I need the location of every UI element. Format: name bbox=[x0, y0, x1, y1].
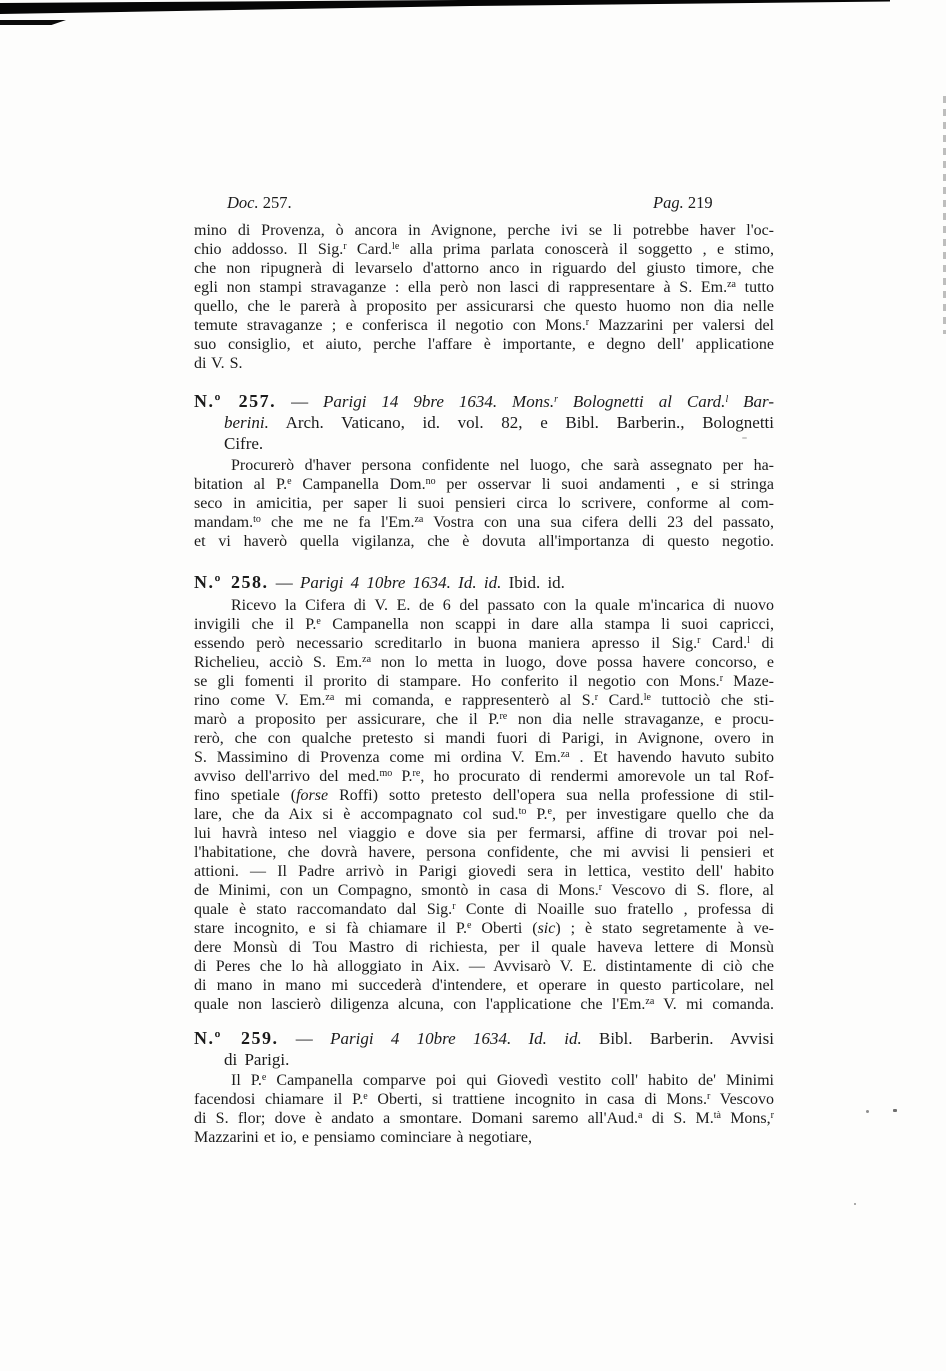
doc-257-heading: N.º 257. — Parigi 14 9bre 1634. Mons.r B… bbox=[194, 391, 774, 454]
running-header: Doc. 257. Pag. 219 bbox=[194, 193, 774, 212]
text-segment: che me ne fa l'Em. bbox=[261, 514, 415, 531]
text-segment: di Peres che lo hà alloggiato in Aix. — … bbox=[194, 958, 774, 975]
text-segment: no bbox=[426, 476, 436, 487]
text-line: stare incognito, e si fà chiamare il P.e… bbox=[194, 919, 774, 938]
text-segment: fino spetiale ( bbox=[194, 787, 296, 804]
text-segment: che non ripugnerà di levarselo d'attorno… bbox=[194, 260, 774, 277]
text-segment: — bbox=[276, 392, 323, 411]
text-segment: temute stravaganze ; e conferisca il neg… bbox=[194, 317, 586, 334]
continuation-paragraph: mino di Provenza, ò ancora in Avignone, … bbox=[194, 221, 774, 373]
text-blocks: mino di Provenza, ò ancora in Avignone, … bbox=[194, 221, 774, 1147]
text-segment: alla prima parlata conoscerà il soggetto… bbox=[399, 241, 774, 258]
text-segment: Conte di Noaille suo fratello , professa… bbox=[456, 901, 774, 918]
text-segment: di S. M. bbox=[642, 1110, 713, 1127]
text-segment: di bbox=[750, 635, 774, 652]
text-line: temute stravaganze ; e conferisca il neg… bbox=[194, 316, 774, 335]
text-segment: lare, che da Aix si è accompagnato col s… bbox=[194, 806, 519, 823]
text-segment: de Minimi, con un Compagno, smontò in ca… bbox=[194, 882, 599, 899]
text-segment: S. Massimino di Provenza come mi ordina … bbox=[194, 749, 561, 766]
text-line: suo consiglio, et aiuto, perche l'affare… bbox=[194, 335, 774, 354]
text-line: Il P.e Campanella comparve poi qui Giove… bbox=[194, 1071, 774, 1090]
text-segment: ) ; è stato segretamente à ve- bbox=[555, 920, 774, 937]
text-segment: r bbox=[697, 635, 700, 646]
text-segment: marò a proposito per assicurare, che il … bbox=[194, 711, 499, 728]
text-segment: za bbox=[561, 749, 570, 760]
text-segment: Ibid. id. bbox=[501, 573, 565, 592]
doc-258-heading: N.º 258. — Parigi 4 10bre 1634. Id. id. … bbox=[194, 572, 774, 593]
text-segment: Card. bbox=[598, 692, 644, 709]
text-segment: re bbox=[499, 711, 507, 722]
doc-257-paragraph: Procurerò d'haver persona confidente nel… bbox=[194, 456, 774, 551]
text-segment: r bbox=[452, 901, 455, 912]
text-segment: le bbox=[644, 692, 651, 703]
doc-258-paragraph: Ricevo la Cifera di V. E. de 6 del passa… bbox=[194, 596, 774, 1014]
text-segment: r bbox=[771, 1110, 774, 1121]
text-line: berini. Arch. Vaticano, id. vol. 82, e B… bbox=[194, 412, 774, 433]
scan-speck bbox=[893, 1109, 897, 1112]
text-segment: r bbox=[595, 692, 598, 703]
text-segment: za bbox=[645, 996, 654, 1007]
text-segment: Campanella comparve poi qui Giovedì vest… bbox=[266, 1072, 774, 1089]
doc-label: Doc. bbox=[227, 193, 259, 212]
text-segment: essendo però necessario screditarlo in b… bbox=[194, 635, 697, 652]
text-segment: tutto bbox=[736, 279, 774, 296]
text-segment: Bar- bbox=[728, 392, 774, 411]
text-segment: Parigi 4 10bre 1634. Id. id. bbox=[300, 573, 501, 592]
text-segment: , per investigare quello che da bbox=[552, 806, 774, 823]
text-line: invigili che il P.e Campanella non scapp… bbox=[194, 615, 774, 634]
text-segment: r bbox=[707, 1091, 710, 1102]
text-segment: Procurerò d'haver persona confidente nel… bbox=[231, 457, 774, 474]
text-segment: egli non stampi stravaganze : ella però … bbox=[194, 279, 727, 296]
text-segment: mino di Provenza, ò ancora in Avignone, … bbox=[194, 222, 774, 239]
text-segment: suo consiglio, et aiuto, perche l'affare… bbox=[194, 336, 774, 353]
text-segment: Maze- bbox=[723, 673, 774, 690]
text-segment: za bbox=[414, 514, 423, 525]
text-segment: di mano in mano mi succederà d'intendere… bbox=[194, 977, 774, 994]
text-segment: r bbox=[720, 673, 723, 684]
text-segment: , ho procurato di rendermi amorevole un … bbox=[420, 768, 774, 785]
text-segment: l bbox=[747, 635, 750, 646]
text-segment: Vostra con una sua cifera delli 23 del p… bbox=[423, 514, 774, 531]
doc-259-heading: N.º 259. — Parigi 4 10bre 1634. Id. id. … bbox=[194, 1028, 774, 1070]
text-segment: r bbox=[554, 394, 558, 405]
text-segment: — bbox=[268, 573, 300, 592]
text-line: fino spetiale (forse Roffi) sotto pretes… bbox=[194, 786, 774, 805]
text-segment: rino come V. Em. bbox=[194, 692, 325, 709]
text-segment: di S. flor; dove è andato a smontare. Do… bbox=[194, 1110, 638, 1127]
scan-speck bbox=[854, 1203, 856, 1205]
text-line: attioni. — Il Padre arrivò in Parigi gio… bbox=[194, 862, 774, 881]
text-segment: mi comanda, e rappresenterò al S. bbox=[334, 692, 594, 709]
text-segment: Mons, bbox=[721, 1110, 771, 1127]
text-line: facendosi chiamare il P.e Oberti, si tra… bbox=[194, 1090, 774, 1109]
text-segment: Campanella non scappi in dare alla stamp… bbox=[321, 616, 774, 633]
text-line: bitation al P.e Campanella Dom.no per os… bbox=[194, 475, 774, 494]
text-line: egli non stampi stravaganze : ella però … bbox=[194, 278, 774, 297]
text-segment: — bbox=[279, 1029, 331, 1048]
text-line: di V. S. bbox=[194, 354, 774, 373]
text-segment: quello, che le parerà à proposito per as… bbox=[194, 298, 774, 315]
text-line: dere Monsù di Tou Mastro di richiesta, p… bbox=[194, 938, 774, 957]
text-segment: Parigi 4 10bre 1634. Id. id. bbox=[330, 1029, 582, 1048]
text-line: Ricevo la Cifera di V. E. de 6 del passa… bbox=[194, 596, 774, 615]
text-segment: Vescovo bbox=[710, 1091, 774, 1108]
text-segment: per osservar li suoi andamenti , e si st… bbox=[436, 476, 774, 493]
text-segment: quale non lascierò diligenza alcuna, con… bbox=[194, 996, 645, 1013]
text-segment: Card. bbox=[700, 635, 747, 652]
text-segment: Il P. bbox=[231, 1072, 262, 1089]
scan-speck bbox=[866, 1110, 869, 1113]
scan-edge-artifact-notch bbox=[0, 20, 66, 25]
text-segment: se gli fomenti il prorito di stampare. H… bbox=[194, 673, 720, 690]
text-line: se gli fomenti il prorito di stampare. H… bbox=[194, 672, 774, 691]
text-segment: forse bbox=[296, 787, 328, 804]
text-line: Cifre. bbox=[194, 433, 774, 454]
text-segment: et vi haverò quella vigilanza, che è dov… bbox=[194, 533, 774, 550]
page-label: Pag. bbox=[653, 193, 684, 212]
text-segment: avviso dell'arrivo del med. bbox=[194, 768, 379, 785]
text-segment: e bbox=[262, 1072, 266, 1083]
text-line: quello, che le parerà à proposito per as… bbox=[194, 297, 774, 316]
text-segment: dere Monsù di Tou Mastro di richiesta, p… bbox=[194, 939, 774, 956]
text-segment: bitation al P. bbox=[194, 476, 287, 493]
text-segment: mo bbox=[379, 768, 392, 779]
text-line: marò a proposito per assicurare, che il … bbox=[194, 710, 774, 729]
text-segment: r bbox=[599, 882, 602, 893]
text-line: chio addosso. Il Sig.r Card.le alla prim… bbox=[194, 240, 774, 259]
text-line: di S. flor; dove è andato a smontare. Do… bbox=[194, 1109, 774, 1128]
text-line: N.º 257. — Parigi 14 9bre 1634. Mons.r B… bbox=[194, 391, 774, 412]
text-segment: quale è stato raccomandato dal Sig. bbox=[194, 901, 452, 918]
text-segment: chio addosso. Il Sig. bbox=[194, 241, 343, 258]
text-segment: to bbox=[519, 806, 527, 817]
text-segment: invigili che il P. bbox=[194, 616, 316, 633]
text-line: rerò, che con qualche pretesto si mandi … bbox=[194, 729, 774, 748]
text-segment: stare incognito, e si fà chiamare il P. bbox=[194, 920, 467, 937]
scan-edge-artifact-top bbox=[0, 0, 946, 16]
text-line: quale non lascierò diligenza alcuna, con… bbox=[194, 995, 774, 1014]
text-segment: Roffi) sotto pretesto dell'opera sua nel… bbox=[328, 787, 774, 804]
text-segment: Ricevo la Cifera di V. E. de 6 del passa… bbox=[231, 597, 774, 614]
text-line: avviso dell'arrivo del med.mo P.re, ho p… bbox=[194, 767, 774, 786]
text-segment: lui havrà inteso nel viaggio e dove sia … bbox=[194, 825, 774, 842]
text-segment: Parigi 14 9bre 1634. Mons. bbox=[323, 392, 554, 411]
text-segment: di V. S. bbox=[194, 355, 243, 372]
text-segment: berini. bbox=[224, 413, 269, 432]
text-segment: non lo metta in luogo, dove possa havere… bbox=[371, 654, 774, 671]
text-segment: N.º 259. bbox=[194, 1028, 279, 1048]
text-segment: Cifre. bbox=[224, 434, 263, 453]
text-line: lare, che da Aix si è accompagnato col s… bbox=[194, 805, 774, 824]
text-line: che non ripugnerà di levarselo d'attorno… bbox=[194, 259, 774, 278]
text-segment: r bbox=[343, 241, 346, 252]
text-segment: V. mi comanda. bbox=[654, 996, 774, 1013]
text-line: Richelieu, acciò S. Em.za non lo metta i… bbox=[194, 653, 774, 672]
text-segment: za bbox=[727, 279, 736, 290]
text-segment: a bbox=[638, 1110, 642, 1121]
text-line: et vi haverò quella vigilanza, che è dov… bbox=[194, 532, 774, 551]
text-segment: attioni. — Il Padre arrivò in Parigi gio… bbox=[194, 863, 774, 880]
text-line: Mazzarini et io, e pensiamo cominciare à… bbox=[194, 1128, 774, 1147]
page-number: 219 bbox=[684, 193, 713, 212]
doc-259-paragraph: Il P.e Campanella comparve poi qui Giove… bbox=[194, 1071, 774, 1147]
text-segment: sic bbox=[538, 920, 556, 937]
text-segment: tà bbox=[714, 1110, 721, 1121]
text-segment: Richelieu, acciò S. Em. bbox=[194, 654, 362, 671]
text-line: rino come V. Em.za mi comanda, e rappres… bbox=[194, 691, 774, 710]
text-segment: za bbox=[362, 654, 371, 665]
text-segment: Oberti ( bbox=[472, 920, 538, 937]
text-line: N.º 258. — Parigi 4 10bre 1634. Id. id. … bbox=[194, 572, 774, 593]
text-line: de Minimi, con un Compagno, smontò in ca… bbox=[194, 881, 774, 900]
text-line: di Peres che lo hà alloggiato in Aix. — … bbox=[194, 957, 774, 976]
text-segment: e bbox=[467, 920, 471, 931]
text-line: di Parigi. bbox=[194, 1049, 774, 1070]
text-segment: le bbox=[392, 241, 399, 252]
text-segment: Mazzarini per valersi del bbox=[589, 317, 774, 334]
text-segment: Arch. Vaticano, id. vol. 82, e Bibl. Bar… bbox=[269, 413, 774, 432]
text-segment: e bbox=[363, 1091, 367, 1102]
text-segment: P. bbox=[392, 768, 412, 785]
text-segment: l'habitatione, che dovrà havere, persona… bbox=[194, 844, 774, 861]
text-line: S. Massimino di Provenza come mi ordina … bbox=[194, 748, 774, 767]
page-content: Doc. 257. Pag. 219 mino di Provenza, ò a… bbox=[194, 193, 774, 1147]
text-segment: Vescovo di S. flore, al bbox=[602, 882, 774, 899]
doc-number: 257. bbox=[259, 193, 292, 212]
text-segment: Bolognetti al Card. bbox=[558, 392, 725, 411]
text-line: l'habitatione, che dovrà havere, persona… bbox=[194, 843, 774, 862]
text-segment: . Et havendo havuto subito bbox=[570, 749, 774, 766]
text-segment: N.º 257. bbox=[194, 391, 276, 411]
running-header-page: Pag. 219 bbox=[653, 193, 713, 213]
text-segment: non dia nelle stravaganze, e procu- bbox=[507, 711, 774, 728]
text-line: seco in amicitia, per saper li suoi pens… bbox=[194, 494, 774, 513]
text-line: di mano in mano mi succederà d'intendere… bbox=[194, 976, 774, 995]
text-segment: Bibl. Barberin. Avvisi bbox=[582, 1029, 774, 1048]
text-segment: mandam. bbox=[194, 514, 253, 531]
text-segment: Mazzarini et io, e pensiamo cominciare à… bbox=[194, 1129, 532, 1146]
text-segment: e bbox=[316, 616, 320, 627]
text-segment: seco in amicitia, per saper li suoi pens… bbox=[194, 495, 774, 512]
text-segment: tuttociò che sti- bbox=[651, 692, 774, 709]
text-segment: P. bbox=[526, 806, 547, 823]
text-segment: facendosi chiamare il P. bbox=[194, 1091, 363, 1108]
text-line: lui havrà inteso nel viaggio e dove sia … bbox=[194, 824, 774, 843]
text-segment: Campanella Dom. bbox=[292, 476, 426, 493]
text-segment: di Parigi. bbox=[224, 1050, 289, 1069]
running-header-doc: Doc. 257. bbox=[227, 193, 292, 213]
text-line: mino di Provenza, ò ancora in Avignone, … bbox=[194, 221, 774, 240]
text-line: Procurerò d'haver persona confidente nel… bbox=[194, 456, 774, 475]
text-segment: e bbox=[548, 806, 552, 817]
text-line: quale è stato raccomandato dal Sig.r Con… bbox=[194, 900, 774, 919]
text-segment: rerò, che con qualche pretesto si mandi … bbox=[194, 730, 774, 747]
text-segment: re bbox=[413, 768, 421, 779]
text-segment: l bbox=[725, 394, 728, 405]
text-line: essendo però necessario screditarlo in b… bbox=[194, 634, 774, 653]
text-segment: za bbox=[325, 692, 334, 703]
text-segment: Oberti, si trattiene incognito in casa d… bbox=[368, 1091, 707, 1108]
text-segment: Card. bbox=[347, 241, 392, 258]
text-line: N.º 259. — Parigi 4 10bre 1634. Id. id. … bbox=[194, 1028, 774, 1049]
text-segment: r bbox=[586, 317, 589, 328]
text-segment: e bbox=[287, 476, 291, 487]
text-line: mandam.to che me ne fa l'Em.za Vostra co… bbox=[194, 513, 774, 532]
text-segment: to bbox=[253, 514, 261, 525]
text-segment: N.º 258. bbox=[194, 572, 268, 592]
